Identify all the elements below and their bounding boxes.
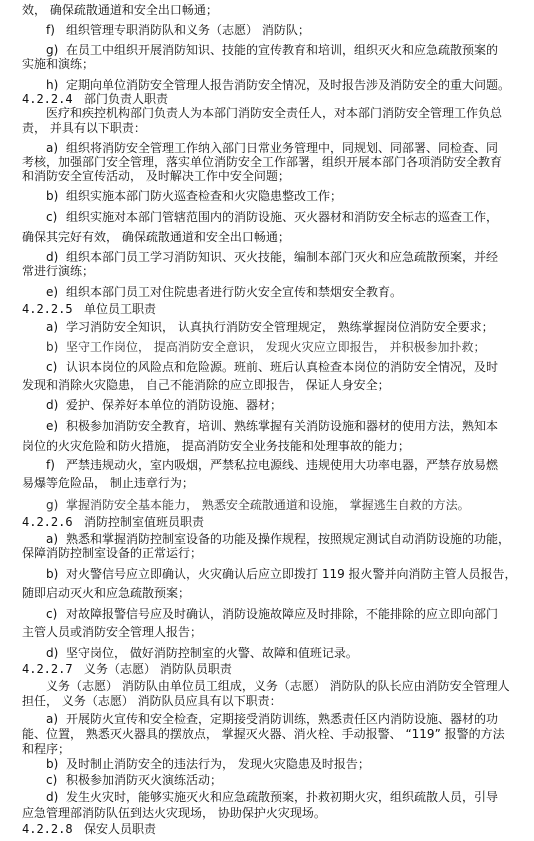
line-text: 组织管理专职消防队和义务（志愿） 消防队；: [66, 23, 310, 37]
line-text: 和消防安全宣传活动， 及时解决工作中安全问题；: [22, 169, 290, 183]
line-text: 严禁违规动火，室内吸烟，严禁私拉电源线、违规使用大功率电器，严禁存放易燃: [66, 458, 498, 472]
paragraph-line: 保障消防控制室设备的正常运行；: [22, 546, 528, 560]
line-text: 积极参加消防灭火演练活动；: [66, 773, 222, 787]
line-text: 随即启动灭火和应急疏散预案；: [22, 586, 190, 600]
line-text: 组织将消防安全管理工作纳入部门日常业务管理中，同规划、同部署、同检查、同: [66, 141, 498, 155]
list-item: a)学习消防安全知识， 认真执行消防安全管理规定， 熟练掌握岗位消防安全要求；: [46, 320, 528, 334]
list-item: b)及时制止消防安全的违法行为， 发现火灾隐患及时报告；: [46, 757, 528, 771]
line-text: 实施和演练；: [22, 57, 94, 71]
line-text: 和程序；: [22, 742, 70, 756]
line-text: 组织实施本部门防火巡查检查和火灾隐患整改工作；: [66, 189, 342, 203]
list-item: h)定期向单位消防安全管理人报告消防安全情况，及时报告涉及消防安全的重大问题。: [46, 78, 528, 92]
line-text: 在员工中组织开展消防知识、技能的宣传教育和培训，组织灭火和应急疏散预案的: [66, 43, 498, 57]
line-text: 义务（志愿） 消防队由单位员工组成，义务（志愿） 消防队的队长应由消防安全管理人: [46, 679, 510, 693]
list-item-label: d): [46, 398, 66, 412]
line-text: 效， 确保疏散通道和安全出口畅通；: [22, 3, 218, 17]
list-item-label: b): [46, 189, 66, 203]
paragraph-line: 应急管理部消防队伍到达火灾现场， 协助保护火灾现场。: [22, 806, 528, 820]
list-item: f)组织管理专职消防队和义务（志愿） 消防队；: [46, 23, 528, 37]
line-text: 组织本部门员工对住院患者进行防火安全宣传和禁烟安全教育。: [66, 285, 402, 299]
list-item-label: f): [46, 458, 66, 472]
line-text: 常进行演练；: [22, 264, 94, 278]
section-title: 单位员工职责: [84, 302, 156, 316]
list-item: c)积极参加消防灭火演练活动；: [46, 773, 528, 787]
list-item: b)对火警信号应立即确认，火灾确认后应立即拨打 119 报火警并向消防主管人员报…: [46, 567, 528, 581]
list-item: c)对故障报警信号应及时确认，消防设施故障应及时排除，不能排除的应立即向部门: [46, 607, 528, 621]
paragraph-line: 易爆等危险品， 制止违章行为；: [22, 476, 528, 490]
list-item-label: c): [46, 360, 66, 374]
section-number: 4.2.2.8: [22, 822, 84, 836]
list-item: g)掌握消防安全基本能力， 熟悉安全疏散通道和设施， 掌握逃生自救的方法。: [46, 498, 528, 512]
list-item-label: e): [46, 285, 66, 299]
document-page: 效， 确保疏散通道和安全出口畅通；f)组织管理专职消防队和义务（志愿） 消防队；…: [0, 0, 534, 841]
list-item: d)坚守岗位， 做好消防控制室的火警、故障和值班记录。: [46, 646, 528, 660]
line-text: 主管人员或消防安全管理人报告；: [22, 625, 202, 639]
list-item: d)爱护、保养好本单位的消防设施、器材；: [46, 398, 528, 412]
list-item: e)积极参加消防安全教育，培训、熟练掌握有关消防设施和器材的使用方法，熟知本: [46, 419, 528, 433]
list-item-label: a): [46, 141, 66, 155]
list-item-label: d): [46, 790, 66, 804]
line-text: 发现和消除火灾隐患， 自己不能消除的应立即报告， 保证人身安全；: [22, 378, 390, 392]
line-text: 医疗和疾控机构部门负责人为本部门消防安全责任人，对本部门消防安全管理工作负总: [46, 106, 502, 120]
list-item-label: e): [46, 419, 66, 433]
list-item: b)组织实施本部门防火巡查检查和火灾隐患整改工作；: [46, 189, 528, 203]
line-text: 坚守工作岗位， 提高消防安全意识， 发现火灾应立即报告， 并积极参加扑救；: [66, 340, 485, 354]
list-item: a)组织将消防安全管理工作纳入部门日常业务管理中，同规划、同部署、同检查、同: [46, 141, 528, 155]
line-text: 应急管理部消防队伍到达火灾现场， 协助保护火灾现场。: [22, 806, 326, 820]
line-text: 对火警信号应立即确认，火灾确认后应立即拨打 119 报火警并向消防主管人员报告，: [66, 567, 517, 581]
paragraph-line: 和程序；: [22, 742, 528, 756]
paragraph-line: 责， 并具有以下职责：: [22, 121, 528, 135]
section-number: 4.2.2.5: [22, 302, 84, 316]
paragraph-line: 确保其完好有效， 确保疏散通道和安全出口畅通；: [22, 230, 528, 244]
paragraph-line: 发现和消除火灾隐患， 自己不能消除的应立即报告， 保证人身安全；: [22, 378, 528, 392]
line-text: 能、位置， 熟悉灭火器具的摆放点， 掌握灭火器、消火栓、手动报警、 “119” …: [22, 727, 505, 741]
paragraph-line: 能、位置， 熟悉灭火器具的摆放点， 掌握灭火器、消火栓、手动报警、 “119” …: [22, 727, 528, 741]
section-number: 4.2.2.6: [22, 515, 84, 529]
paragraph-line: 常进行演练；: [22, 264, 528, 278]
list-item-label: b): [46, 757, 66, 771]
line-text: 定期向单位消防安全管理人报告消防安全情况，及时报告涉及消防安全的重大问题。: [66, 78, 510, 92]
list-item: g)在员工中组织开展消防知识、技能的宣传教育和培训，组织灭火和应急疏散预案的: [46, 43, 528, 57]
paragraph-line: 主管人员或消防安全管理人报告；: [22, 625, 528, 639]
list-item-label: b): [46, 567, 66, 581]
section-heading: 4.2.2.5单位员工职责: [22, 302, 528, 316]
section-title: 义务（志愿） 消防队员职责: [84, 662, 232, 676]
list-item-label: d): [46, 250, 66, 264]
line-text: 担任， 义务（志愿） 消防队员应具有以下职责：: [22, 694, 282, 708]
line-text: 坚守岗位， 做好消防控制室的火警、故障和值班记录。: [66, 646, 358, 660]
list-item-label: d): [46, 646, 66, 660]
line-text: 责， 并具有以下职责：: [22, 121, 146, 135]
list-item: c)认识本岗位的风险点和危险源。班前、班后认真检查本岗位的消防安全情况，及时: [46, 360, 528, 374]
list-item: b)坚守工作岗位， 提高消防安全意识， 发现火灾应立即报告， 并积极参加扑救；: [46, 340, 528, 354]
section-heading: 4.2.2.6消防控制室值班员职责: [22, 515, 528, 529]
list-item-label: g): [46, 43, 66, 57]
list-item-label: h): [46, 78, 66, 92]
list-item: a)开展防火宣传和安全检查，定期接受消防训练，熟悉责任区内消防设施、器材的功: [46, 712, 528, 726]
line-text: 开展防火宣传和安全检查，定期接受消防训练，熟悉责任区内消防设施、器材的功: [66, 712, 498, 726]
paragraph-line: 岗位的火灾危险和防火措施， 提高消防安全业务技能和处理事故的能力；: [22, 439, 528, 453]
line-text: 熟悉和掌握消防控制室设备的功能及操作规程，按照规定测试自动消防设施的功能，: [66, 532, 510, 546]
list-item-label: c): [46, 210, 66, 224]
line-text: 爱护、保养好本单位的消防设施、器材；: [66, 398, 282, 412]
line-text: 保障消防控制室设备的正常运行；: [22, 546, 202, 560]
section-title: 消防控制室值班员职责: [84, 515, 204, 529]
list-item-label: b): [46, 340, 66, 354]
list-item-label: a): [46, 712, 66, 726]
section-title: 保安人员职责: [84, 822, 156, 836]
paragraph-line: 考核，加强部门安全管理，落实单位消防安全工作部署，组织开展本部门各项消防安全教育: [22, 155, 528, 169]
paragraph-line: 随即启动灭火和应急疏散预案；: [22, 586, 528, 600]
line-text: 学习消防安全知识， 认真执行消防安全管理规定， 熟练掌握岗位消防安全要求；: [66, 320, 494, 334]
list-item: c)组织实施对本部门管辖范围内的消防设施、灭火器材和消防安全标志的巡查工作，: [46, 210, 528, 224]
list-item-label: a): [46, 532, 66, 546]
list-item-label: a): [46, 320, 66, 334]
paragraph-line: 效， 确保疏散通道和安全出口畅通；: [22, 3, 528, 17]
list-item-label: g): [46, 498, 66, 512]
section-heading: 4.2.2.8保安人员职责: [22, 822, 528, 836]
section-number: 4.2.2.4: [22, 92, 84, 106]
line-text: 及时制止消防安全的违法行为， 发现火灾隐患及时报告；: [66, 757, 370, 771]
list-item-label: c): [46, 773, 66, 787]
line-text: 发生火灾时，能够实施灭火和应急疏散预案，扑救初期火灾，组织疏散人员，引导: [66, 790, 498, 804]
section-heading: 4.2.2.4部门负责人职责: [22, 92, 528, 106]
line-text: 确保其完好有效， 确保疏散通道和安全出口畅通；: [22, 230, 290, 244]
line-text: 组织本部门员工学习消防知识、灭火技能，编制本部门灭火和应急疏散预案，并经: [66, 250, 498, 264]
line-text: 认识本岗位的风险点和危险源。班前、班后认真检查本岗位的消防安全情况，及时: [66, 360, 498, 374]
line-text: 对故障报警信号应及时确认，消防设施故障应及时排除，不能排除的应立即向部门: [66, 607, 498, 621]
line-text: 岗位的火灾危险和防火措施， 提高消防安全业务技能和处理事故的能力；: [22, 439, 410, 453]
paragraph-line: 实施和演练；: [22, 57, 528, 71]
list-item: d)发生火灾时，能够实施灭火和应急疏散预案，扑救初期火灾，组织疏散人员，引导: [46, 790, 528, 804]
list-item: a)熟悉和掌握消防控制室设备的功能及操作规程，按照规定测试自动消防设施的功能，: [46, 532, 528, 546]
section-title: 部门负责人职责: [84, 92, 168, 106]
paragraph-line: 和消防安全宣传活动， 及时解决工作中安全问题；: [22, 169, 528, 183]
line-text: 考核，加强部门安全管理，落实单位消防安全工作部署，组织开展本部门各项消防安全教育: [22, 155, 502, 169]
list-item-label: c): [46, 607, 66, 621]
list-item-label: f): [46, 23, 66, 37]
line-text: 掌握消防安全基本能力， 熟悉安全疏散通道和设施， 掌握逃生自救的方法。: [66, 498, 470, 512]
line-text: 易爆等危险品， 制止违章行为；: [22, 476, 194, 490]
list-item: e)组织本部门员工对住院患者进行防火安全宣传和禁烟安全教育。: [46, 285, 528, 299]
paragraph-line: 担任， 义务（志愿） 消防队员应具有以下职责：: [22, 694, 528, 708]
section-heading: 4.2.2.7义务（志愿） 消防队员职责: [22, 662, 528, 676]
paragraph-line: 义务（志愿） 消防队由单位员工组成，义务（志愿） 消防队的队长应由消防安全管理人: [46, 679, 528, 693]
list-item: d)组织本部门员工学习消防知识、灭火技能，编制本部门灭火和应急疏散预案，并经: [46, 250, 528, 264]
paragraph-line: 医疗和疾控机构部门负责人为本部门消防安全责任人，对本部门消防安全管理工作负总: [46, 106, 528, 120]
section-number: 4.2.2.7: [22, 662, 84, 676]
line-text: 积极参加消防安全教育，培训、熟练掌握有关消防设施和器材的使用方法，熟知本: [66, 419, 498, 433]
list-item: f)严禁违规动火，室内吸烟，严禁私拉电源线、违规使用大功率电器，严禁存放易燃: [46, 458, 528, 472]
line-text: 组织实施对本部门管辖范围内的消防设施、灭火器材和消防安全标志的巡查工作，: [66, 210, 498, 224]
